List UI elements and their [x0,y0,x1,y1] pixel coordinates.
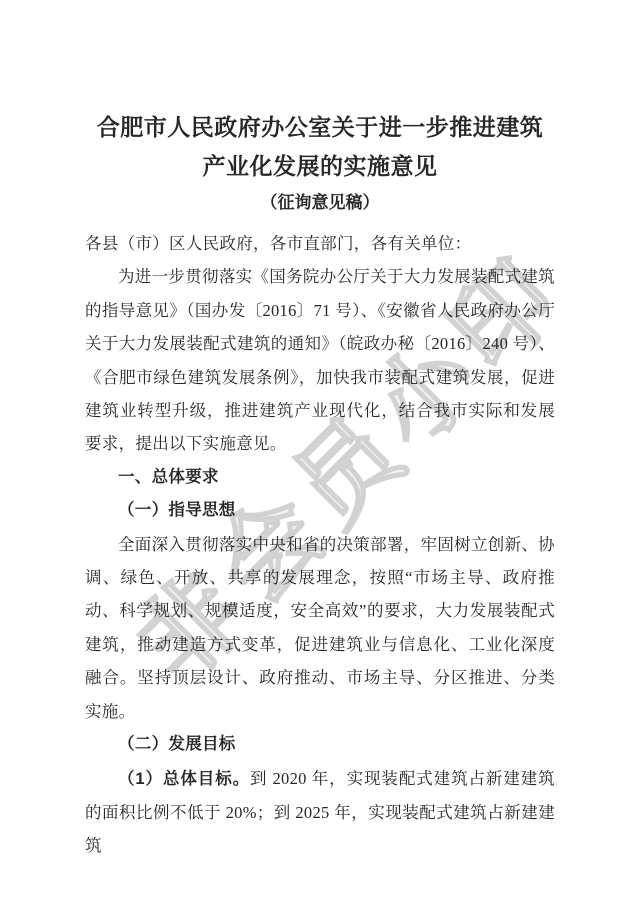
document-page: 非会员小印 合肥市人民政府办公室关于进一步推进建筑产业化发展的实施意见 （征询意… [0,0,636,900]
document-body: 各县（市）区人民政府，各市直部门，各有关单位： 为进一步贯彻落实《国务院办公厅关… [85,227,555,863]
paragraph-overall-goal: （1）总体目标。到 2020 年，实现装配式建筑占新建建筑的面积比例不低于 20… [85,762,555,863]
subsection-heading-development-goals: （二）发展目标 [85,728,555,761]
paragraph-preamble: 为进一步贯彻落实《国务院办公厅关于大力发展装配式建筑的指导意见》（国办发〔201… [85,260,555,460]
document-content: 合肥市人民政府办公室关于进一步推进建筑产业化发展的实施意见 （征询意见稿） 各县… [0,0,636,863]
document-title: 合肥市人民政府办公室关于进一步推进建筑产业化发展的实施意见 [93,108,547,186]
salutation-line: 各县（市）区人民政府，各市直部门，各有关单位： [85,227,555,260]
paragraph-guiding-ideology: 全面深入贯彻落实中央和省的决策部署，牢固树立创新、协调、绿色、开放、共享的发展理… [85,528,555,728]
document-subtitle: （征询意见稿） [85,188,555,218]
section-heading-overall-requirements: 一、总体要求 [85,461,555,494]
paragraph-bold-lead: （1）总体目标。 [118,770,250,788]
subsection-heading-guiding-ideology: （一）指导思想 [85,494,555,527]
